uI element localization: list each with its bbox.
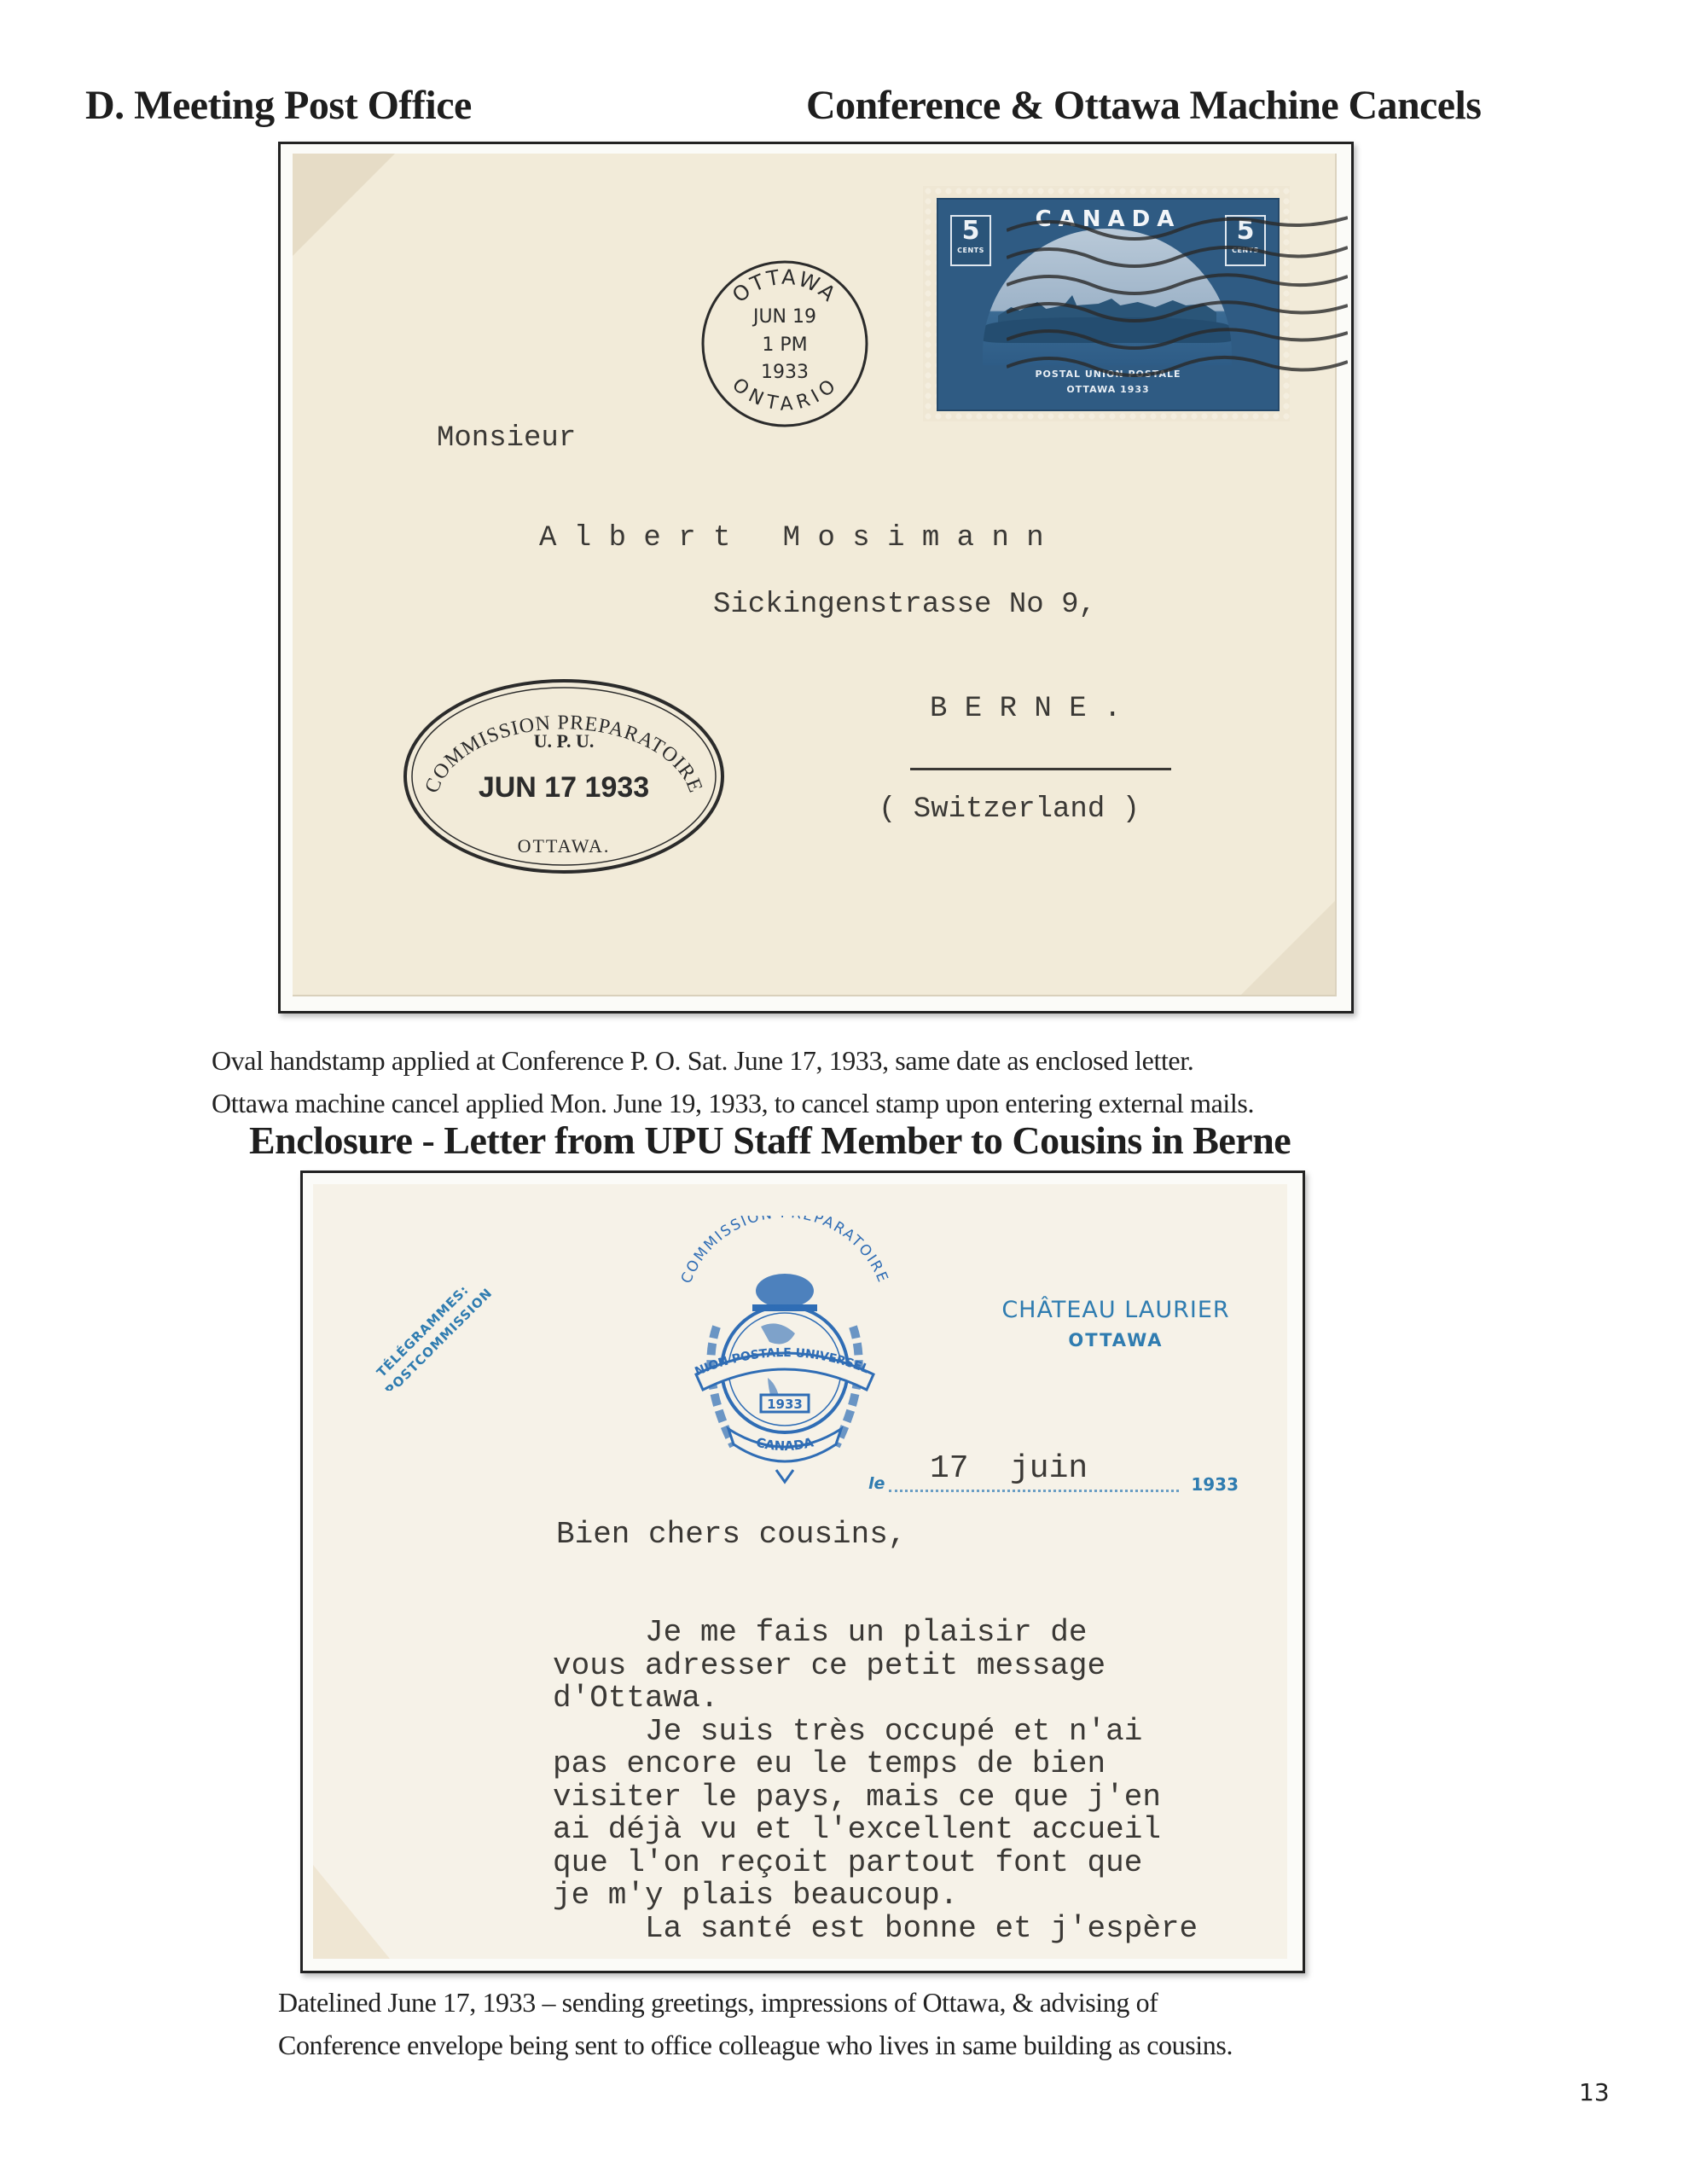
- oval-date: JUN 17 1933: [479, 771, 649, 804]
- stamp-vignette: [983, 229, 1232, 365]
- stamp-band-2: OTTAWA 1933: [972, 384, 1244, 395]
- enclosure-heading: Enclosure - Letter from UPU Staff Member…: [249, 1118, 1291, 1163]
- letter-body-line: que l'on reçoit partout font que: [553, 1845, 1142, 1880]
- letter-salutation: Bien chers cousins,: [556, 1517, 906, 1552]
- stamp-value: 5: [1237, 216, 1255, 246]
- address-country: ( Switzerland ): [879, 793, 1140, 826]
- letter-dateline: le 17 juin 1933: [863, 1450, 1239, 1501]
- hill-icon: [983, 317, 1232, 343]
- upu-commission-emblem-icon: COMMISSION PREPARATOIRE UNION POSTALE UN…: [665, 1216, 904, 1489]
- cds-date: JUN 19: [752, 306, 816, 328]
- stamp-value-left: 5CENTS: [950, 215, 991, 266]
- address-salutation: Monsieur: [437, 422, 576, 455]
- emblem-bottom-text: CANADA: [755, 1434, 815, 1454]
- date-dotted-line: [889, 1490, 1179, 1492]
- letterhead-hotel: CHÂTEAU LAURIER OTTAWA: [975, 1297, 1256, 1350]
- oval-upu-text: U. P. U.: [534, 730, 595, 752]
- letter-body-line: La santé est bonne et j'espère: [553, 1911, 1198, 1946]
- cds-year: 1933: [761, 362, 809, 383]
- emblem-year: 1933: [767, 1397, 803, 1412]
- telegram-address: TÉLÉGRAMMES: POSTCOMMISSION: [357, 1254, 519, 1391]
- commission-oval-handstamp: COMMISSION PREPARATOIRE U. P. U. JUN 17 …: [401, 677, 727, 875]
- ottawa-circular-date-stamp: OTTAWA ONTARIO JUN 19 1 PM 1933: [699, 258, 870, 429]
- stamp-value-right: 5CENTS: [1225, 215, 1266, 266]
- date-prefix: le: [868, 1474, 885, 1493]
- oval-bottom-text: OTTAWA.: [518, 835, 611, 857]
- letter-body-line: pas encore eu le temps de bien: [553, 1746, 1106, 1781]
- section-heading: D. Meeting Post Office: [85, 82, 472, 129]
- address-city: B E R N E .: [930, 693, 1121, 725]
- address-name: A l b e r t M o s i m a n n: [539, 522, 1044, 555]
- date-year: 1933: [1191, 1474, 1239, 1495]
- subject-heading: Conference & Ottawa Machine Cancels: [806, 82, 1481, 129]
- letter-body-line: visiter le pays, mais ce que j'en: [553, 1780, 1161, 1815]
- date-day: 17: [930, 1450, 969, 1487]
- hotel-city: OTTAWA: [975, 1330, 1256, 1350]
- letter-body-line: Je suis très occupé et n'ai: [553, 1714, 1142, 1749]
- envelope-caption-line-1: Oval handstamp applied at Conference P. …: [212, 1039, 1193, 1082]
- letter-caption-line-2: Conference envelope being sent to office…: [278, 2024, 1233, 2066]
- stamp-band-1: POSTAL UNION POSTALE: [972, 369, 1244, 380]
- stamp-unit: CENTS: [1227, 246, 1264, 256]
- letter-body: Je me fais un plaisir devous adresser ce…: [553, 1615, 1286, 1956]
- page-number: 13: [1579, 2078, 1610, 2106]
- postage-stamp: CANADA 5CENTS 5CENTS POSTAL UNION POSTAL…: [937, 198, 1280, 411]
- hotel-name: CHÂTEAU LAURIER: [975, 1297, 1256, 1323]
- date-month: juin: [1010, 1450, 1088, 1487]
- letter-body-line: Je me fais un plaisir de: [553, 1615, 1088, 1650]
- letter-caption-line-1: Datelined June 17, 1933 – sending greeti…: [278, 1981, 1158, 2024]
- letter-body-line: je m'y plais beaucoup.: [553, 1878, 958, 1913]
- address-underline: [910, 768, 1171, 770]
- stamp-value: 5: [962, 216, 980, 246]
- telegram-code: POSTCOMMISSION: [382, 1285, 496, 1391]
- letter-body-line: d'Ottawa.: [553, 1681, 718, 1716]
- address-street: Sickingenstrasse No 9,: [713, 589, 1096, 621]
- stamp-unit: CENTS: [952, 246, 989, 256]
- cds-time: 1 PM: [762, 334, 807, 356]
- svg-text:CANADA: CANADA: [755, 1434, 815, 1454]
- letter-body-line: ai déjà vu et l'excellent accueil: [553, 1812, 1161, 1847]
- letter-body-line: vous adresser ce petit message: [553, 1648, 1106, 1683]
